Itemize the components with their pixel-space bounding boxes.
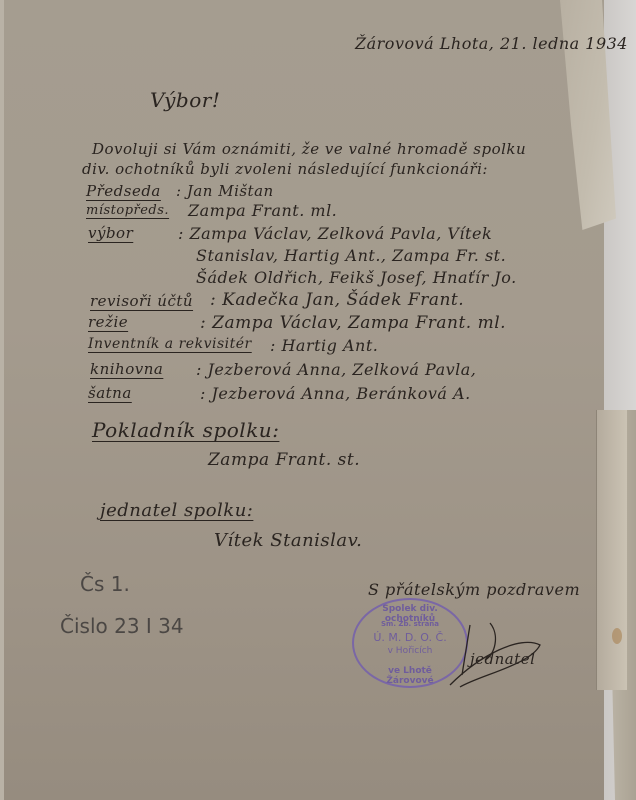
secretary-name: Vítek Stanislav. xyxy=(214,530,362,551)
paper-stain xyxy=(612,628,622,644)
role-vice-chairman: místopředs. xyxy=(86,203,169,218)
intro-line-2: div. ochotníků byli zvoleni následující … xyxy=(82,160,488,178)
pencil-note-reference: Čislo 23 I 34 xyxy=(60,614,184,638)
signature-role: jednatel xyxy=(470,650,535,668)
names-library: : Jezberová Anna, Zelková Pavla, xyxy=(196,360,476,379)
salutation: Výbor! xyxy=(150,88,220,112)
role-directing: režie xyxy=(88,313,128,331)
names-auditors: : Kadečka Jan, Šádek Frant. xyxy=(210,290,464,310)
names-inventory: : Hartig Ant. xyxy=(270,336,378,355)
role-library: knihovna xyxy=(90,360,163,378)
role-committee: výbor xyxy=(88,224,133,242)
names-wardrobe: : Jezberová Anna, Beránková A. xyxy=(200,384,471,403)
names-committee-3: Šádek Oldřich, Feikš Josef, Hnaťír Jo. xyxy=(196,268,517,287)
role-inventory: Inventník a rekvisitér xyxy=(88,336,252,352)
role-chairman: Předseda xyxy=(86,182,161,200)
treasurer-name: Zampa Frant. st. xyxy=(208,450,360,470)
pencil-note-number: Čs 1. xyxy=(80,572,130,596)
place-date: Žárovová Lhota, 21. ledna 1934 xyxy=(355,34,628,53)
role-auditors: revisoři účtů xyxy=(90,292,193,310)
names-directing: : Zampa Václav, Zampa Frant. ml. xyxy=(200,313,506,333)
names-committee-1: : Zampa Václav, Zelková Pavla, Vítek xyxy=(178,224,492,243)
role-wardrobe: šatna xyxy=(88,384,132,402)
intro-line-1: Dovoluji si Vám oznámiti, že ve valné hr… xyxy=(92,140,526,158)
names-vice-chairman: Zampa Frant. ml. xyxy=(188,201,337,220)
closing-greeting: S přátelským pozdravem xyxy=(368,580,580,599)
names-committee-2: Stanislav, Hartig Ant., Zampa Fr. st. xyxy=(196,246,506,265)
page-fold-right xyxy=(596,410,627,690)
treasurer-label: Pokladník spolku: xyxy=(92,418,279,442)
secretary-label: jednatel spolku: xyxy=(100,500,253,521)
names-chairman: : Jan Mištan xyxy=(176,182,274,200)
